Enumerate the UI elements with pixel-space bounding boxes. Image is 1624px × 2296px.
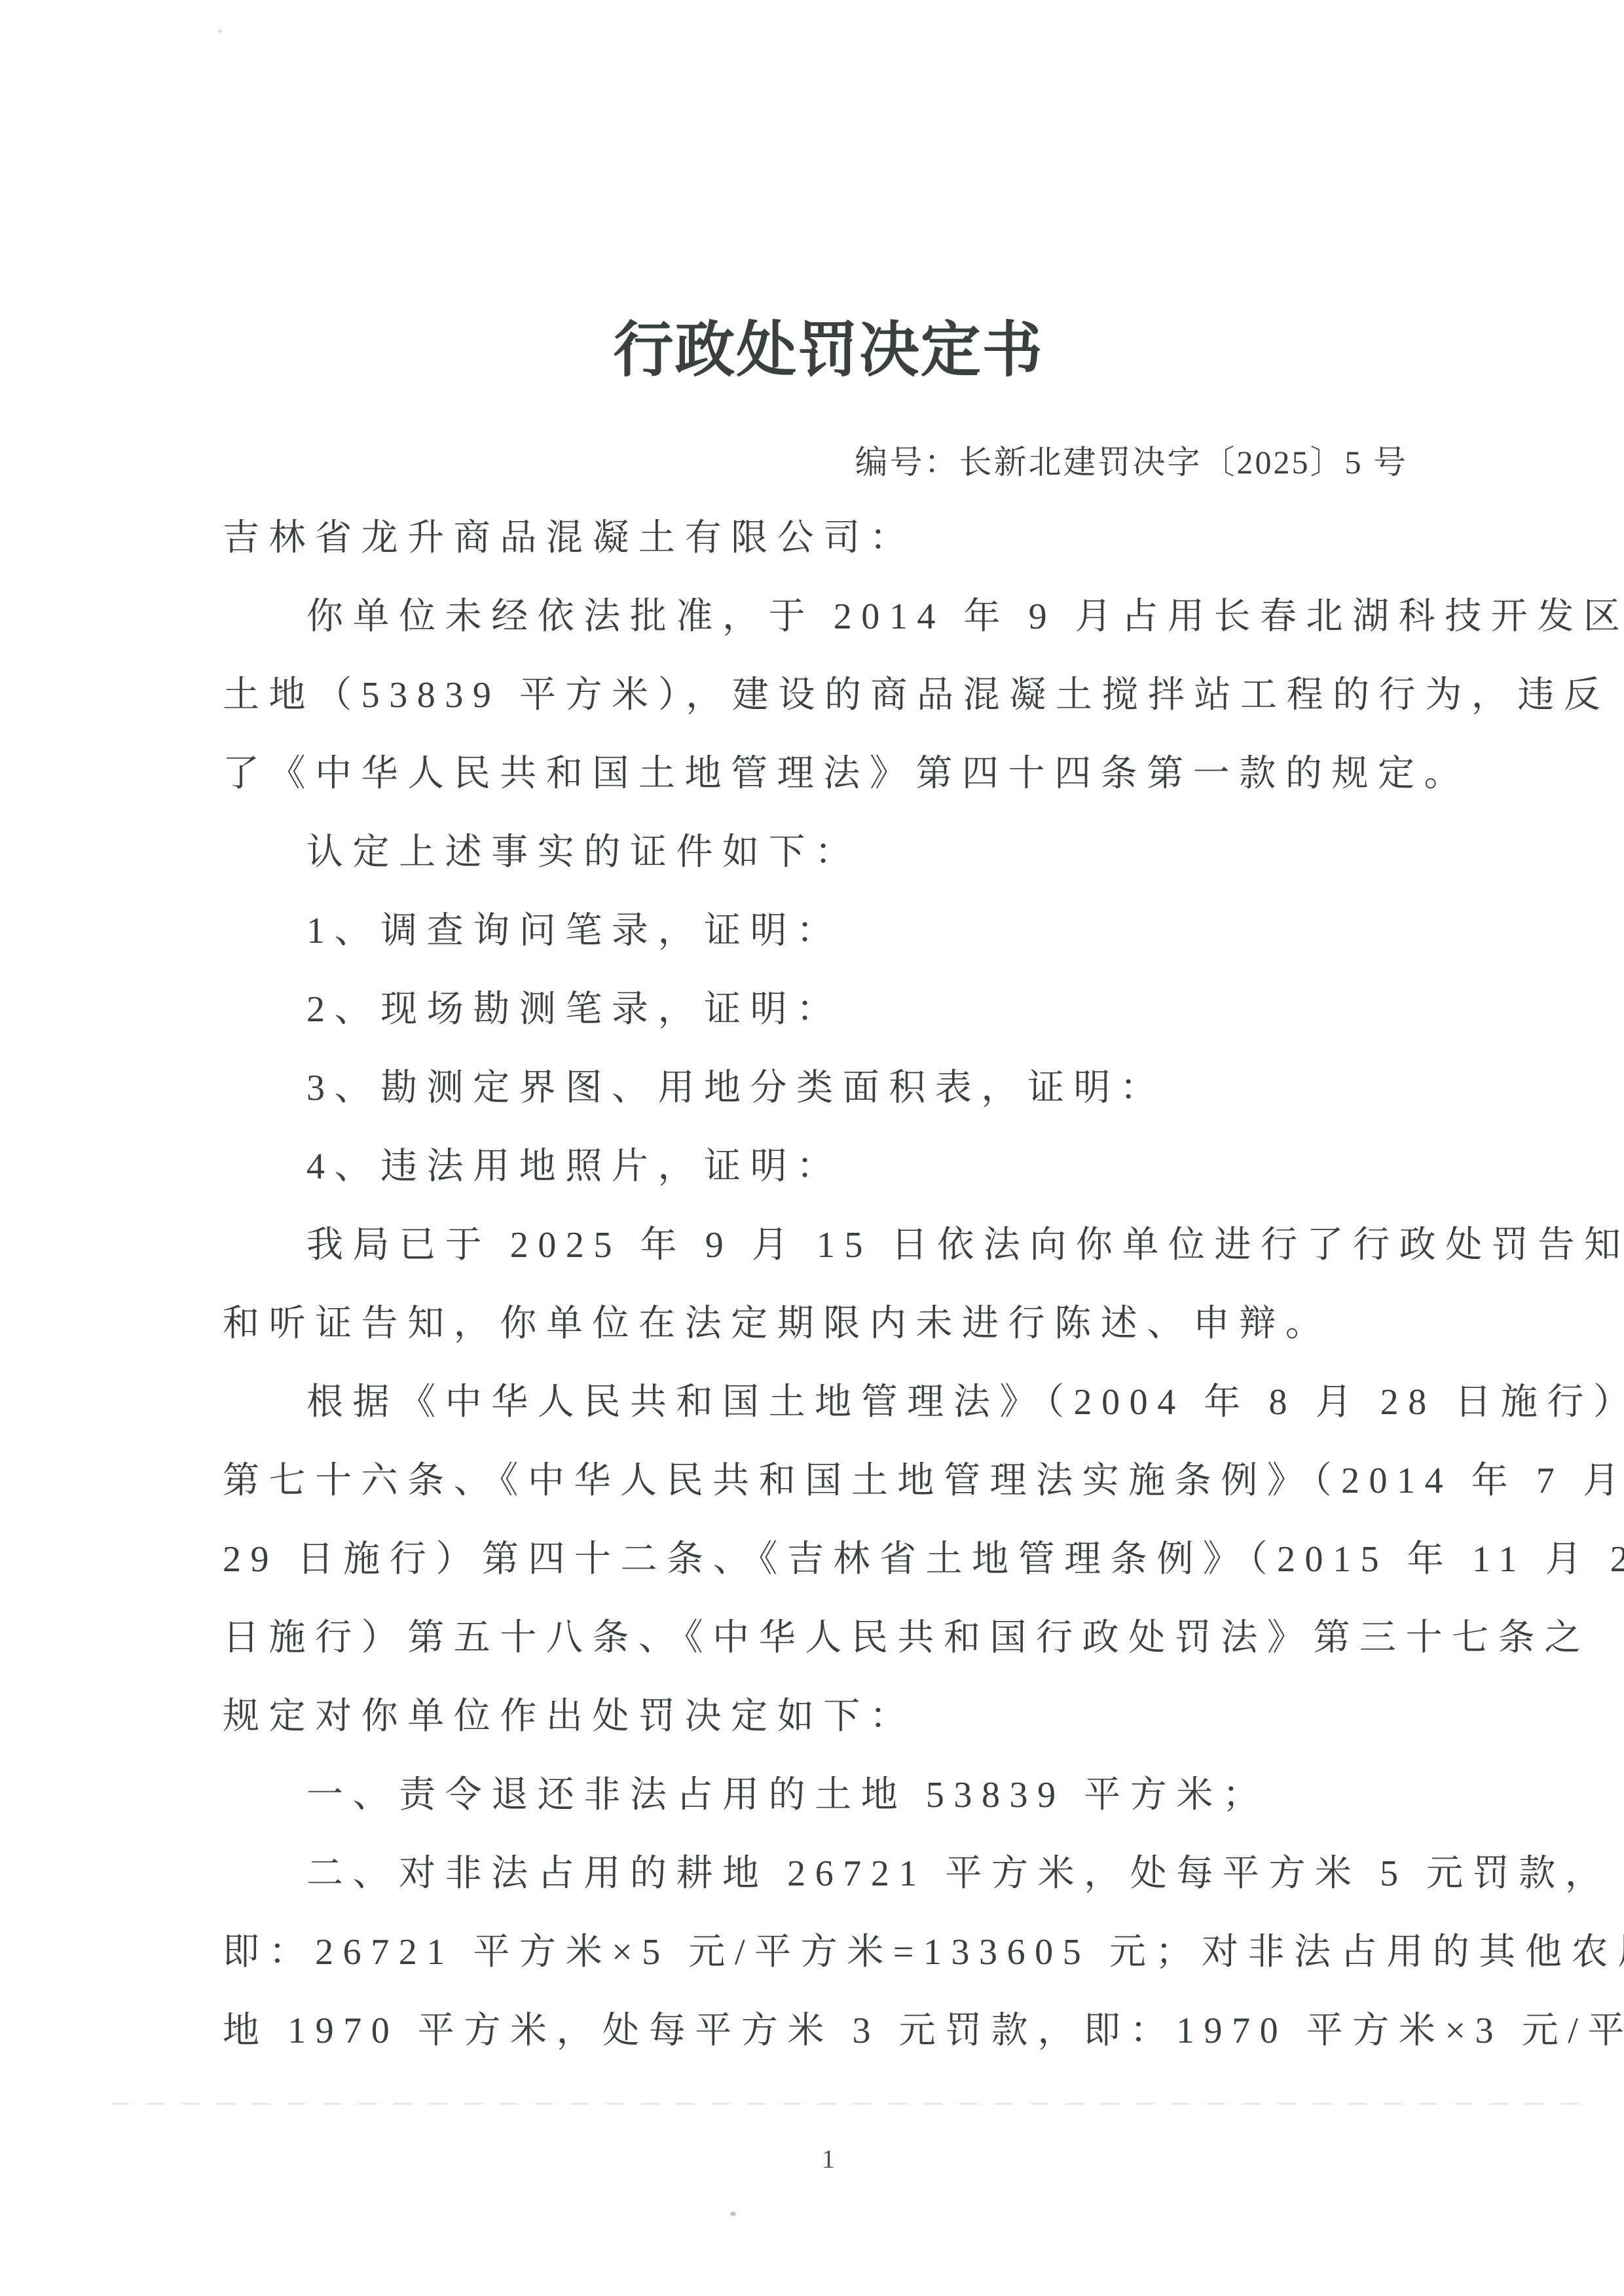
document-page: 行政处罚决定书 编号：长新北建罚决字〔2025〕5 号 吉林省龙升商品混凝土有限… (0, 0, 1624, 2296)
scan-artifact-line (111, 2103, 1591, 2105)
document-line: 我局已于 2025 年 9 月 15 日依法向你单位进行了行政处罚告知 (223, 1206, 1434, 1285)
document-line: 日施行）第五十八条、《中华人民共和国行政处罚法》第三十七条之 (223, 1599, 1434, 1677)
scan-speck (218, 29, 223, 33)
document-line-evidence-2: 2、现场勘测笔录，证明： (223, 970, 1434, 1049)
document-line: 和听证告知，你单位在法定期限内未进行陈述、申辩。 (223, 1285, 1434, 1363)
document-line: 地 1970 平方米，处每平方米 3 元罚款，即：1970 平方米×3 元/平方 (223, 1992, 1434, 2070)
document-line-decision-2: 二、对非法占用的耕地 26721 平方米，处每平方米 5 元罚款， (223, 1834, 1434, 1913)
document-title: 行政处罚决定书 (223, 308, 1434, 393)
document-line: 土地（53839 平方米），建设的商品混凝土搅拌站工程的行为，违反 (223, 656, 1434, 735)
document-line: 根据《中华人民共和国土地管理法》（2004 年 8 月 28 日施行） (223, 1363, 1434, 1442)
document-line: 认定上述事实的证件如下： (223, 813, 1434, 892)
document-line: 29 日施行）第四十二条、《吉林省土地管理条例》（2015 年 11 月 20 (223, 1520, 1434, 1599)
document-line-recipient: 吉林省龙升商品混凝土有限公司： (223, 499, 1434, 577)
scan-speck (730, 2212, 736, 2216)
document-line-evidence-1: 1、调查询问笔录，证明： (223, 892, 1434, 970)
document-line: 规定对你单位作出处罚决定如下： (223, 1677, 1434, 1756)
document-body: 吉林省龙升商品混凝土有限公司： 你单位未经依法批准，于 2014 年 9 月占用… (223, 499, 1434, 2070)
document-line: 第七十六条、《中华人民共和国土地管理法实施条例》（2014 年 7 月 (223, 1442, 1434, 1520)
document-line: 了《中华人民共和国土地管理法》第四十四条第一款的规定。 (223, 735, 1434, 813)
page-number: 1 (223, 2141, 1434, 2178)
document-line: 即：26721 平方米×5 元/平方米=133605 元；对非法占用的其他农用 (223, 1913, 1434, 1992)
document-line-evidence-3: 3、勘测定界图、用地分类面积表，证明： (223, 1049, 1434, 1127)
document-line-decision-1: 一、责令退还非法占用的土地 53839 平方米； (223, 1756, 1434, 1834)
document-line-evidence-4: 4、违法用地照片，证明： (223, 1127, 1434, 1206)
document-number: 编号：长新北建罚决字〔2025〕5 号 (855, 437, 1409, 487)
document-line: 你单位未经依法批准，于 2014 年 9 月占用长春北湖科技开发区 (223, 577, 1434, 656)
